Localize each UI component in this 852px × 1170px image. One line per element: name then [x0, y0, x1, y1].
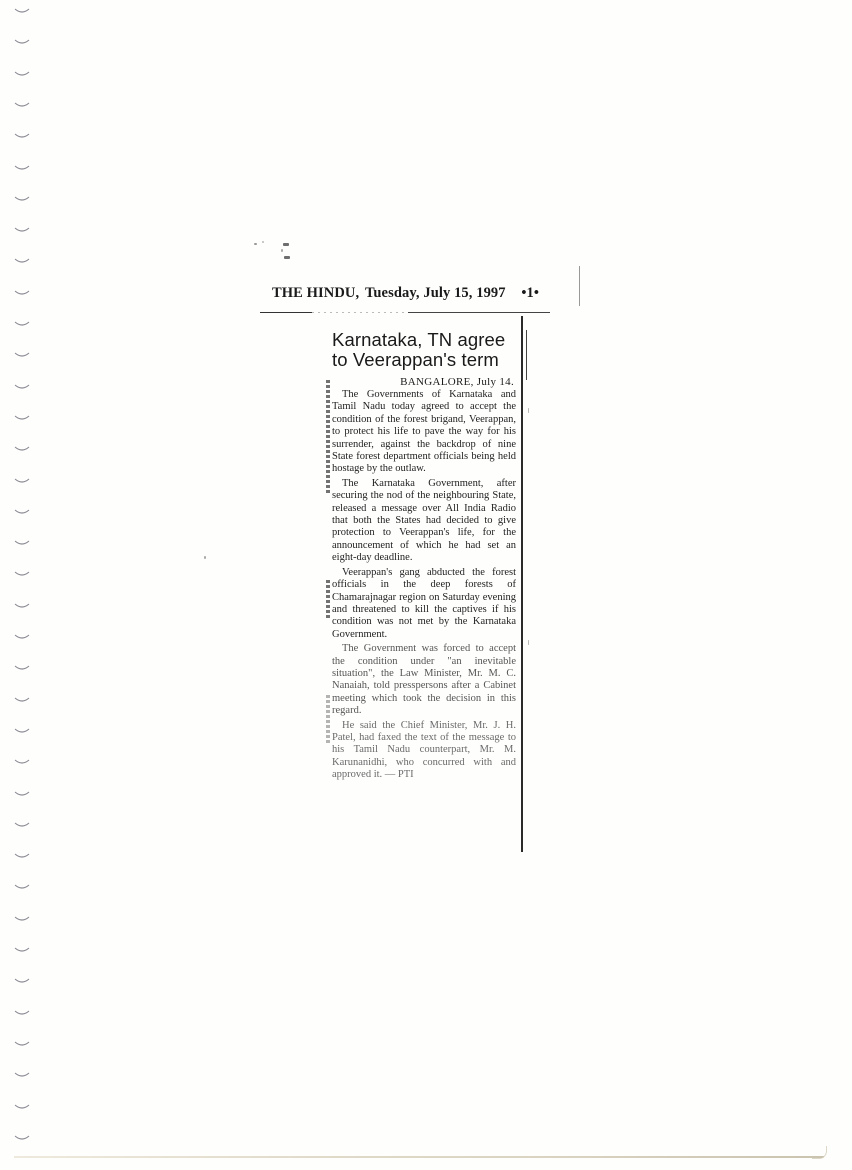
- spiral-hole-icon: [14, 1010, 30, 1016]
- spiral-hole-icon: [14, 8, 30, 14]
- article-paragraph: The Governments of Karnataka and Tamil N…: [332, 389, 516, 476]
- spiral-hole-icon: [14, 446, 30, 452]
- spiral-hole-icon: [14, 1104, 30, 1110]
- headline: Karnataka, TN agree to Veerappan's term: [332, 330, 516, 370]
- column-rule: [521, 316, 523, 852]
- spiral-hole-icon: [14, 1072, 30, 1078]
- spiral-hole-icon: [14, 978, 30, 984]
- spiral-hole-icon: [14, 822, 30, 828]
- spiral-hole-icon: [14, 759, 30, 765]
- masthead: THE HINDU, Tuesday, July 15, 1997 •1•: [272, 285, 539, 302]
- spiral-hole-icon: [14, 133, 30, 139]
- masthead-rule-right: [408, 312, 550, 313]
- masthead-rule-dotted: [312, 312, 408, 313]
- clipping-cut-edge: [326, 380, 330, 495]
- spiral-hole-icon: [14, 384, 30, 390]
- spiral-hole-icon: [14, 791, 30, 797]
- dateline: BANGALORE, July 14.: [332, 376, 516, 389]
- publication-name: THE HINDU,: [272, 285, 359, 301]
- page-corner: [812, 1146, 827, 1159]
- spiral-hole-icon: [14, 165, 30, 171]
- spiral-hole-icon: [14, 916, 30, 922]
- article: Karnataka, TN agree to Veerappan's term …: [332, 330, 516, 784]
- notebook-page: THE HINDU, Tuesday, July 15, 1997 •1• Ka…: [0, 0, 852, 1170]
- article-paragraph: Veerappan's gang abducted the forest off…: [332, 567, 516, 641]
- spiral-hole-icon: [14, 227, 30, 233]
- spiral-hole-icon: [14, 1041, 30, 1047]
- spiral-hole-icon: [14, 102, 30, 108]
- spiral-hole-icon: [14, 665, 30, 671]
- spiral-hole-icon: [14, 415, 30, 421]
- spiral-hole-icon: [14, 39, 30, 45]
- spiral-hole-icon: [14, 290, 30, 296]
- adjacent-column-rule: [526, 330, 527, 380]
- clipping-cut-edge: [326, 695, 330, 745]
- spiral-hole-icon: [14, 571, 30, 577]
- spiral-hole-icon: [14, 196, 30, 202]
- spiral-hole-icon: [14, 352, 30, 358]
- spiral-hole-icon: [14, 634, 30, 640]
- margin-mark: [579, 266, 580, 306]
- publication-date: Tuesday, July 15, 1997: [365, 285, 506, 301]
- spiral-hole-icon: [14, 697, 30, 703]
- spiral-hole-icon: [14, 540, 30, 546]
- masthead-rule-left: [260, 312, 312, 313]
- spiral-hole-icon: [14, 71, 30, 77]
- headline-line-2: to Veerappan's term: [332, 349, 499, 370]
- spiral-hole-icon: [14, 853, 30, 859]
- spiral-hole-icon: [14, 728, 30, 734]
- spiral-hole-icon: [14, 1135, 30, 1141]
- spiral-hole-icon: [14, 603, 30, 609]
- page-number: •1•: [521, 285, 539, 301]
- spiral-hole-icon: [14, 321, 30, 327]
- article-paragraph: The Karnataka Government, after securing…: [332, 478, 516, 565]
- clipping-cut-edge: [326, 580, 330, 620]
- headline-line-1: Karnataka, TN agree: [332, 329, 505, 350]
- page-bottom-edge: [14, 1156, 824, 1158]
- spiral-hole-icon: [14, 884, 30, 890]
- spiral-hole-icon: [14, 478, 30, 484]
- article-paragraph: He said the Chief Minister, Mr. J. H. Pa…: [332, 720, 516, 782]
- spiral-hole-icon: [14, 947, 30, 953]
- spiral-hole-icon: [14, 509, 30, 515]
- article-paragraph: The Government was forced to accept the …: [332, 643, 516, 717]
- spiral-hole-icon: [14, 258, 30, 264]
